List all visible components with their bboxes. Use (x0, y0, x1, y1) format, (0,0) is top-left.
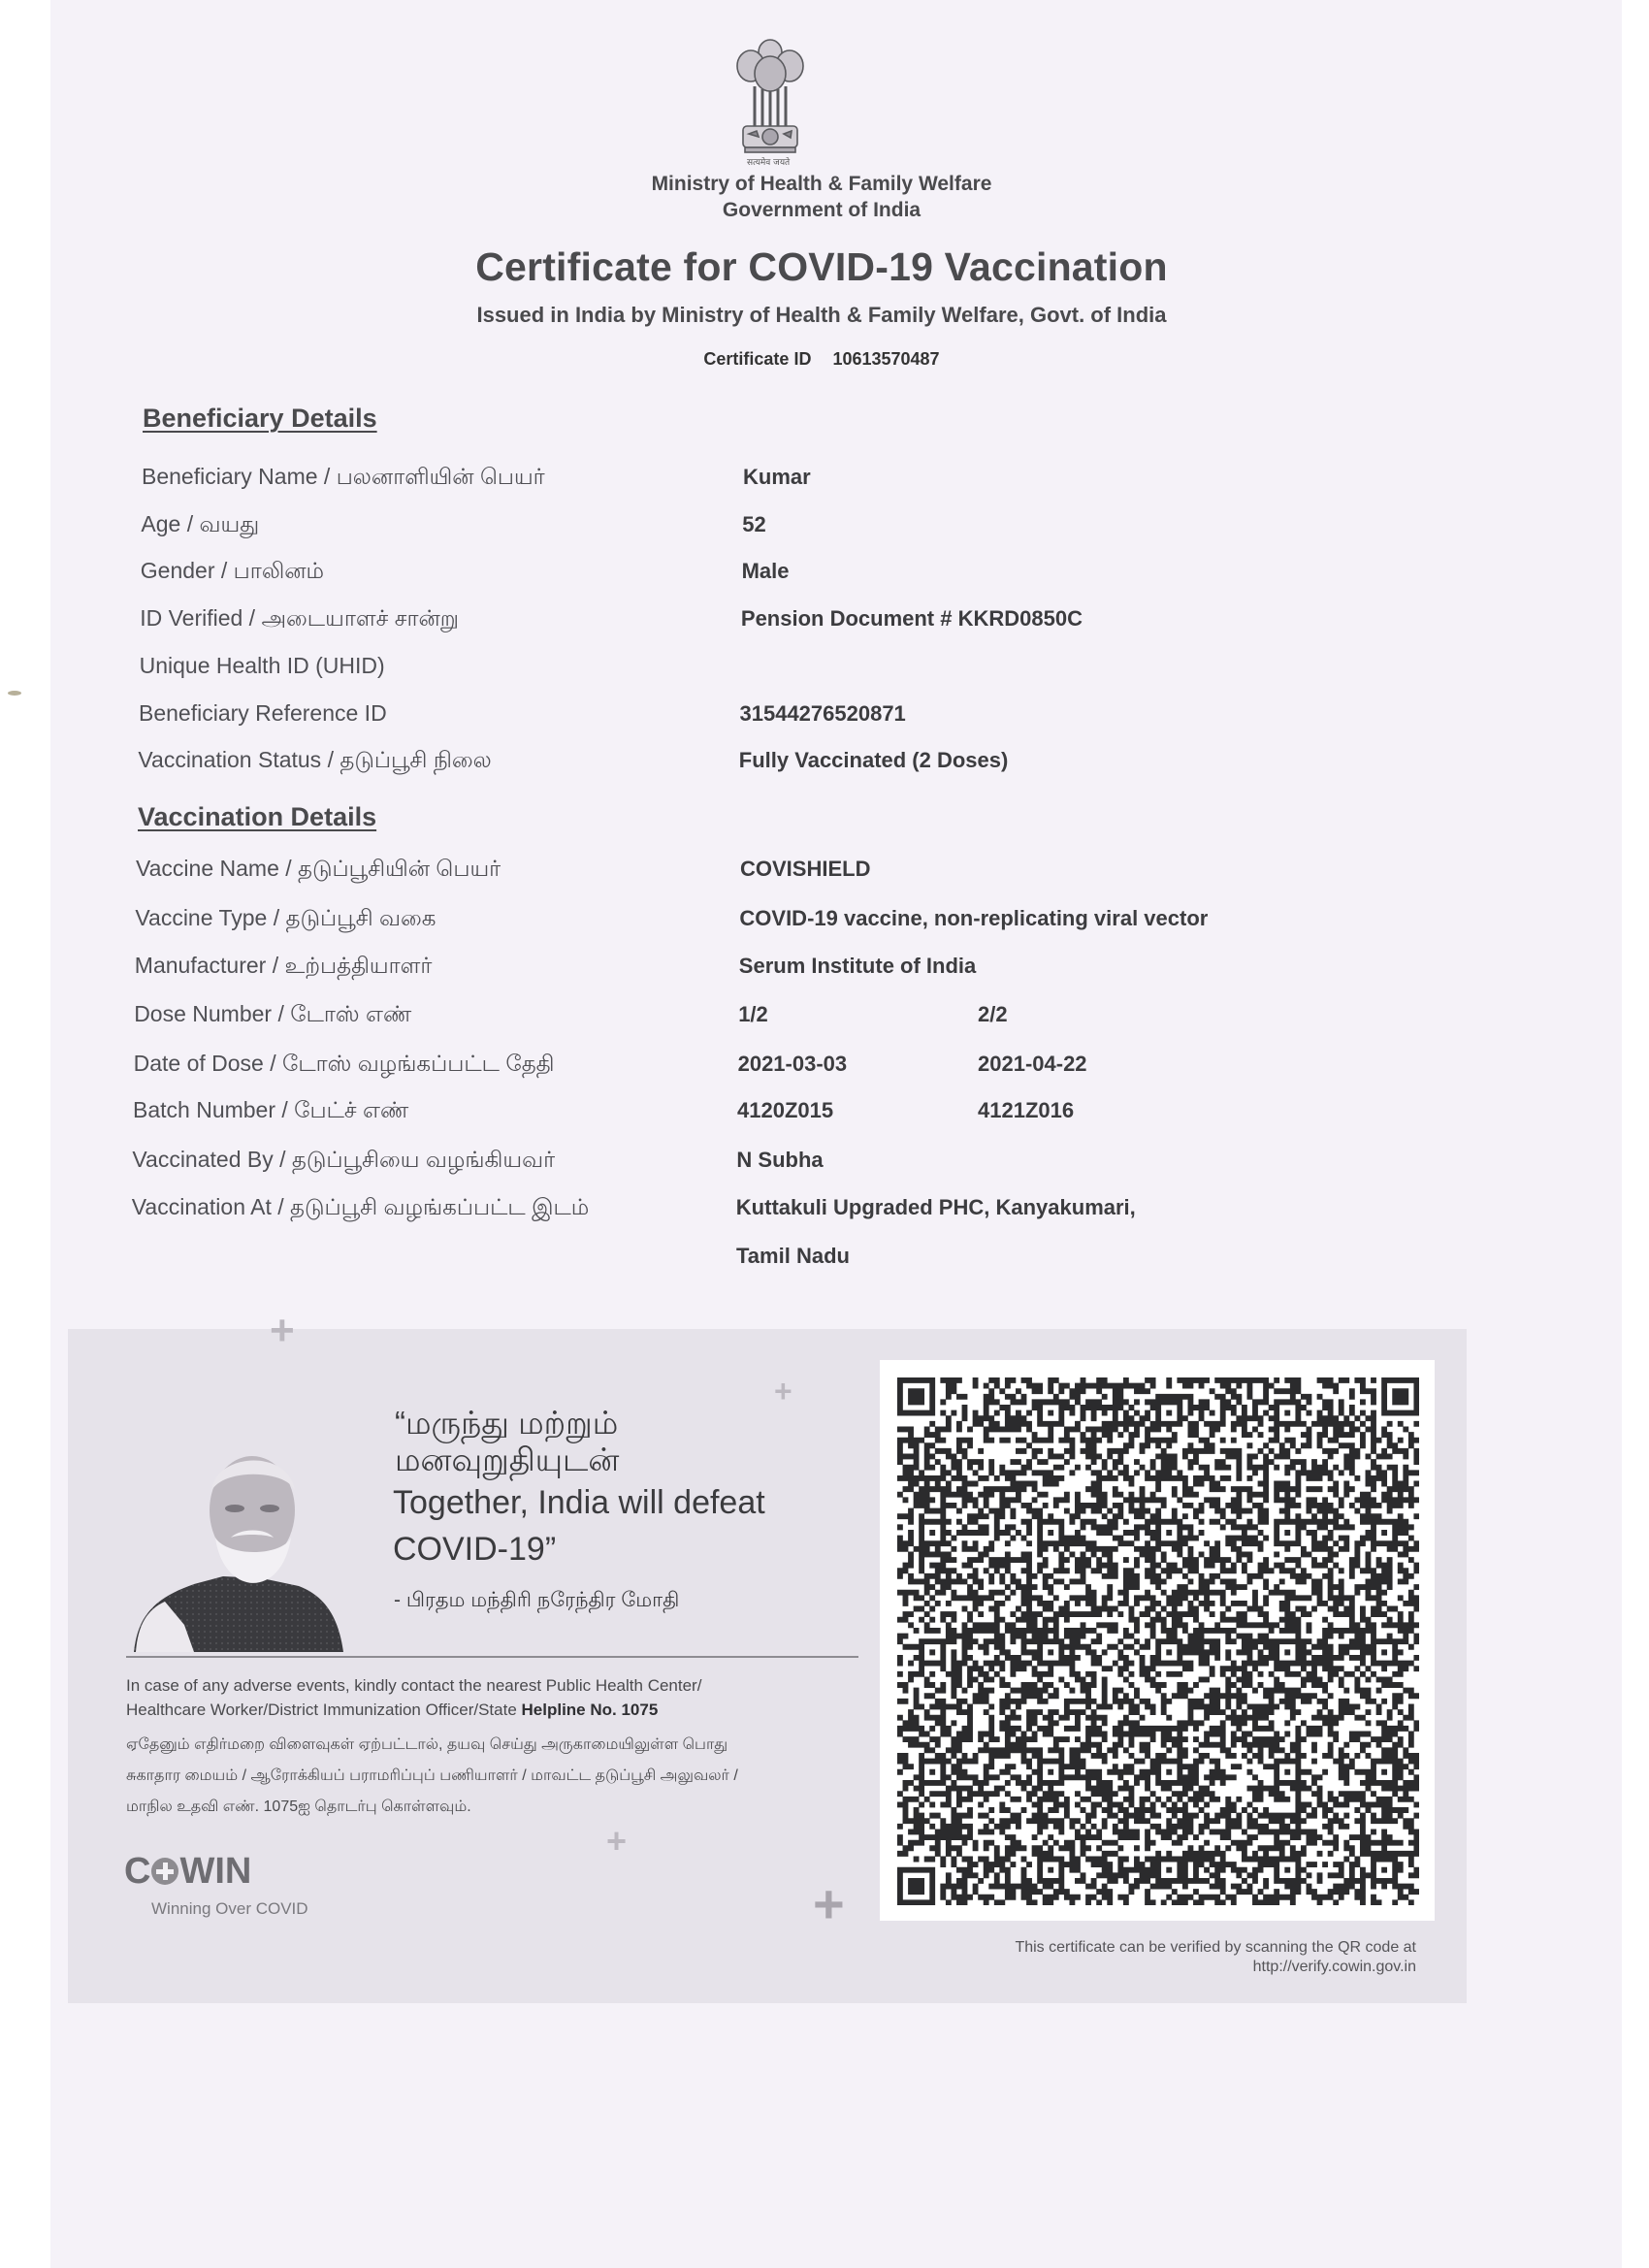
page-title: Certificate for COVID-19 Vaccination (50, 244, 1593, 290)
quote-tamil-line-2: மனவுறுதியுடன் (395, 1442, 619, 1478)
beneficiary-row-value: Kumar (743, 465, 811, 490)
vaccination-row-value-dose-2: 4121Z016 (978, 1098, 1074, 1123)
adverse-events-notice-tamil: ஏதேனும் எதிர்மறை விளைவுகள் ஏற்பட்டால், த… (126, 1730, 738, 1823)
vaccination-row-value: 4120Z015 (737, 1098, 833, 1123)
verification-caption-line-1: This certificate can be verified by scan… (873, 1938, 1416, 1958)
cowin-logo: CWIN (124, 1851, 251, 1893)
vaccination-row-label: Batch Number / பேட்ச் எண் (133, 1097, 408, 1126)
vaccination-row-label: Date of Dose / டோஸ் வழங்கப்பட்ட தேதி (134, 1051, 555, 1080)
cowin-tagline: Winning Over COVID (151, 1899, 308, 1919)
vaccination-row-label: Dose Number / டோஸ் எண் (134, 1001, 411, 1030)
vaccination-row-value-dose-2: 2/2 (978, 1002, 1008, 1027)
certificate-id: Certificate ID10613570487 (50, 349, 1593, 370)
beneficiary-row-value: Male (742, 559, 790, 584)
notice-line-2-text: Healthcare Worker/District Immunization … (126, 1701, 522, 1719)
notice-line-2: Healthcare Worker/District Immunization … (126, 1698, 701, 1722)
beneficiary-details-heading: Beneficiary Details (143, 404, 377, 434)
vaccination-row-value-dose-2: 2021-04-22 (978, 1052, 1087, 1077)
beneficiary-row-label: Gender / பாலினம் (141, 558, 324, 587)
cowin-logo-c: C (124, 1851, 150, 1892)
beneficiary-row-label: Age / வயது (141, 511, 259, 540)
beneficiary-row-value: 52 (742, 512, 765, 537)
prime-minister-portrait (126, 1431, 347, 1652)
vaccination-row-label: Vaccinated By / தடுப்பூசியை வழங்கியவர் (132, 1147, 555, 1176)
quote-english-line-1: Together, India will defeat (393, 1484, 765, 1522)
vaccination-row-value: 2021-03-03 (738, 1052, 848, 1077)
verification-caption: This certificate can be verified by scan… (873, 1938, 1416, 1977)
plus-decoration: + (606, 1824, 627, 1859)
emblem-motto: सत्यमेव जयते (747, 155, 790, 168)
vaccination-row-value: COVID-19 vaccine, non-replicating viral … (739, 906, 1208, 931)
ministry-name: Ministry of Health & Family Welfare (50, 173, 1593, 196)
vaccination-row-label: Manufacturer / உற்பத்தியாளர் (135, 953, 433, 982)
beneficiary-row-value: Fully Vaccinated (2 Doses) (739, 748, 1009, 773)
helpline-number: Helpline No. 1075 (522, 1701, 659, 1719)
vaccination-row-value-line-2: Tamil Nadu (736, 1244, 850, 1269)
vaccination-row-value: Serum Institute of India (739, 954, 976, 979)
notice-tamil-line-3: மாநில உதவி எண். 1075ஐ தொடர்பு கொள்ளவும். (126, 1792, 738, 1823)
plus-decoration: + (270, 1310, 295, 1352)
cowin-logo-win: WIN (179, 1851, 251, 1892)
vaccination-row-value: Kuttakuli Upgraded PHC, Kanyakumari, (736, 1195, 1136, 1220)
vaccination-row-value: N Subha (736, 1148, 823, 1173)
beneficiary-row-label: Beneficiary Reference ID (139, 700, 387, 727)
notice-tamil-line-2: சுகாதார மையம் / ஆரோக்கியப் பராமரிப்புப் … (126, 1761, 738, 1792)
beneficiary-row-value: 31544276520871 (740, 701, 906, 727)
beneficiary-row-label: Unique Health ID (UHID) (140, 653, 385, 679)
qr-code-icon (897, 1377, 1419, 1905)
cowin-plus-icon (151, 1858, 178, 1885)
verification-url: http://verify.cowin.gov.in (873, 1958, 1416, 1977)
beneficiary-row-value: Pension Document # KKRD0850C (741, 606, 1083, 632)
notice-line-1: In case of any adverse events, kindly co… (126, 1673, 701, 1698)
plus-decoration: + (774, 1376, 792, 1407)
vaccination-details-heading: Vaccination Details (138, 802, 376, 832)
beneficiary-row-label: ID Verified / அடையாளச் சான்று (140, 605, 459, 634)
plus-decoration: + (813, 1877, 845, 1931)
page-subtitle: Issued in India by Ministry of Health & … (50, 303, 1593, 328)
banner-divider (126, 1656, 858, 1658)
vaccination-row-label: Vaccine Type / தடுப்பூசி வகை (135, 905, 436, 934)
beneficiary-row-label: Vaccination Status / தடுப்பூசி நிலை (138, 747, 491, 776)
notice-tamil-line-1: ஏதேனும் எதிர்மறை விளைவுகள் ஏற்பட்டால், த… (126, 1730, 738, 1761)
vaccination-row-value: COVISHIELD (740, 857, 870, 882)
government-name: Government of India (50, 199, 1593, 222)
beneficiary-row-label: Beneficiary Name / பலனாளியின் பெயர் (142, 464, 545, 493)
certificate-id-value: 10613570487 (832, 349, 939, 369)
quote-tamil-line-1: “மருந்து மற்றும் (395, 1405, 618, 1442)
vaccination-row-label: Vaccination At / தடுப்பூசி வழங்கப்பட்ட இ… (132, 1194, 590, 1223)
quote-english-line-2: COVID-19” (393, 1531, 556, 1569)
quote-author: - பிரதம மந்திரி நரேந்திர மோதி (394, 1589, 679, 1614)
vaccination-row-label: Vaccine Name / தடுப்பூசியின் பெயர் (136, 856, 501, 885)
certificate-id-label: Certificate ID (703, 349, 811, 369)
adverse-events-notice: In case of any adverse events, kindly co… (126, 1673, 701, 1722)
scan-speck (8, 691, 21, 696)
vaccination-row-value: 1/2 (738, 1002, 768, 1027)
